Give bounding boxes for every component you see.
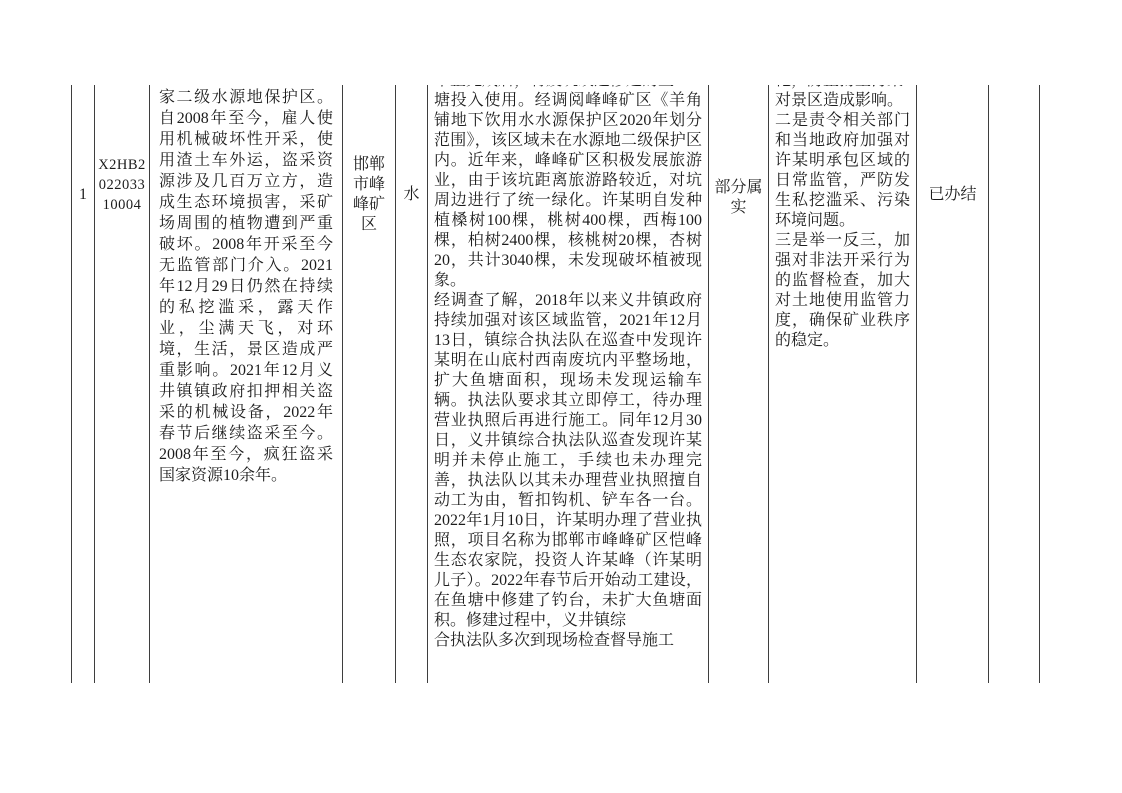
cell-trailing-empty — [989, 85, 1040, 683]
verification-text: 部分属实 — [709, 178, 768, 218]
location-text: 邯郸市峰峰矿区 — [343, 155, 395, 235]
complaint-paragraph: 家二级水源地保护区。自2008年至今，雇人使用机械破坏性开采，使用渣土车外运，盗… — [159, 87, 333, 486]
status-text: 已办结 — [917, 185, 988, 205]
investigation-clipped-bottom-line: 合执法队多次到现场检查督导施工 — [434, 631, 702, 651]
case-id-text: X2HB202203310004 — [95, 155, 149, 215]
complaint-text: 家二级水源地保护区。自2008年至今，雇人使用机械破坏性开采，使用渣土车外运，盗… — [150, 87, 342, 486]
investigation-paragraph-1: 塘投入使用。经调阅峰峰矿区《羊角铺地下饮用水水源保护区2020年划分范围》，该区… — [434, 91, 702, 291]
category-text: 水 — [396, 185, 427, 205]
seq-number: 1 — [72, 185, 94, 205]
cell-verification: 部分属实 — [709, 85, 769, 683]
cell-investigation: 平整完成后，将废坑改造修建的鱼 塘投入使用。经调阅峰峰矿区《羊角铺地下饮用水水源… — [428, 85, 709, 683]
cell-category: 水 — [396, 85, 428, 683]
measures-text: 化，防止扬尘污染 对景区造成影响。 二是责令相关部门和当地政府加强对许某明承包区… — [769, 85, 916, 351]
measures-paragraph-1: 对景区造成影响。 — [775, 91, 910, 111]
investigation-text: 平整完成后，将废坑改造修建的鱼 塘投入使用。经调阅峰峰矿区《羊角铺地下饮用水水源… — [428, 85, 708, 651]
cell-seq: 1 — [72, 85, 95, 683]
cell-case-id: X2HB202203310004 — [95, 85, 150, 683]
cell-status: 已办结 — [917, 85, 989, 683]
cell-location: 邯郸市峰峰矿区 — [343, 85, 396, 683]
cell-complaint: 家二级水源地保护区。自2008年至今，雇人使用机械破坏性开采，使用渣土车外运，盗… — [150, 85, 343, 683]
measures-paragraph-2: 二是责令相关部门和当地政府加强对许某明承包区域的日常监管，严防发生私挖滥采、污染… — [775, 111, 910, 231]
cell-measures: 化，防止扬尘污染 对景区造成影响。 二是责令相关部门和当地政府加强对许某明承包区… — [769, 85, 917, 683]
investigation-paragraph-2: 经调查了解，2018年以来义井镇政府持续加强对该区域监管，2021年12月13日… — [434, 291, 702, 631]
document-page: { "page": { "background": "#ffffff", "bo… — [0, 0, 1122, 793]
case-table-row-fragment: 1 X2HB202203310004 家二级水源地保护区。自2008年至今，雇人… — [71, 85, 1041, 683]
measures-paragraph-3: 三是举一反三，加强对非法开采行为的监督检查，加大对土地使用监管力度，确保矿业秩序… — [775, 231, 910, 351]
